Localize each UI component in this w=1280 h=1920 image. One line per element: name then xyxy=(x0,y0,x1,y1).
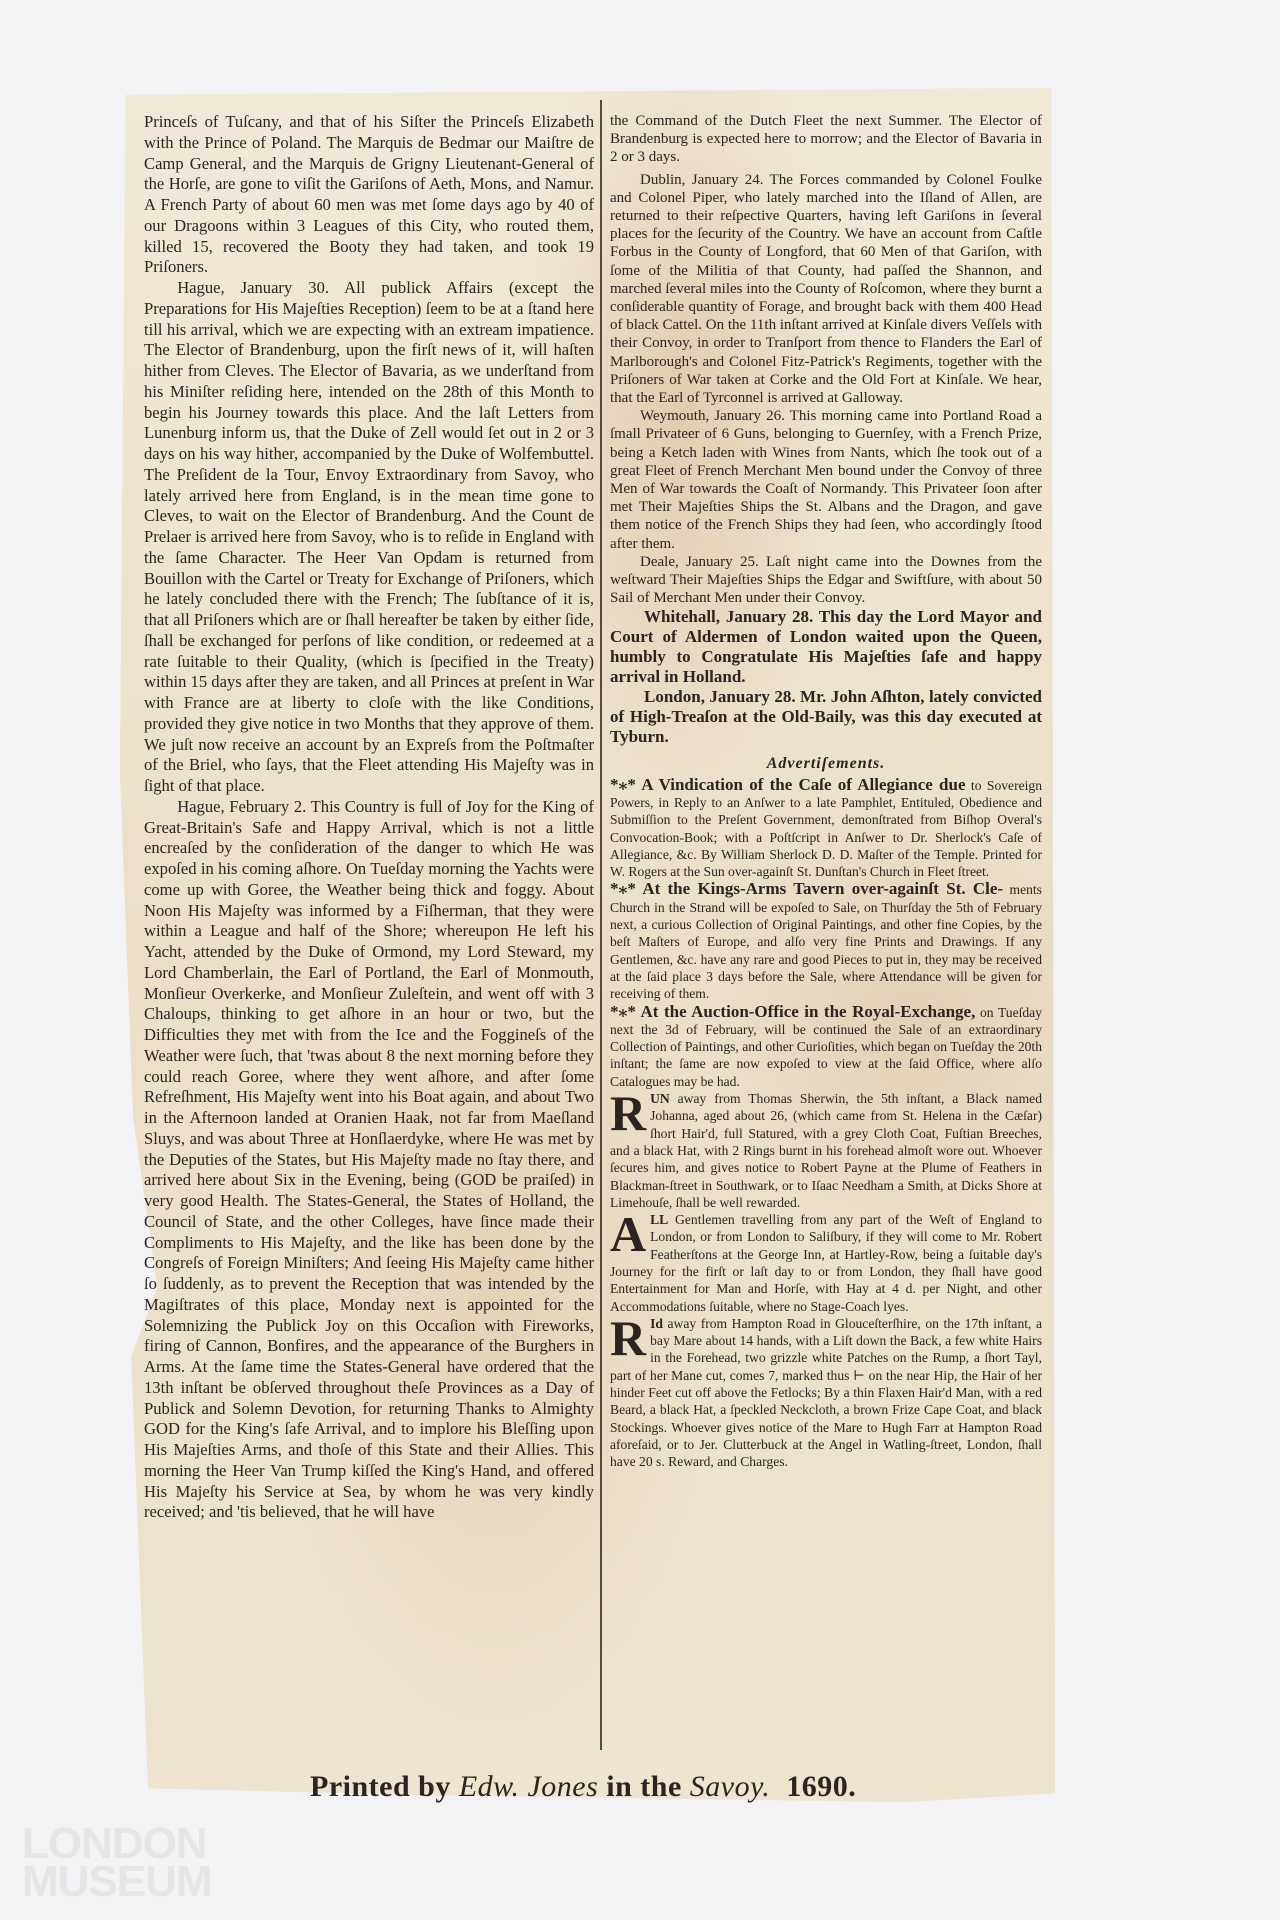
ad-body: Gentlemen travelling from any part of th… xyxy=(610,1212,1042,1313)
imprint-place: Savoy. xyxy=(690,1770,770,1803)
advertisement-auction-office: *⁎* At the Auction-Office in the Royal-E… xyxy=(610,1003,1042,1090)
imprint-text: in the xyxy=(598,1770,690,1803)
news-paragraph: Princeſs of Tuſcany, and that of his Siſ… xyxy=(144,112,594,278)
ad-body: ments Church in the Strand will be expoſ… xyxy=(610,882,1042,1001)
ad-title: At the Auction-Office in the Royal-Excha… xyxy=(641,1002,976,1021)
advertisement-gentlemen-travelling: A LL Gentlemen travelling from any part … xyxy=(610,1211,1042,1315)
news-paragraph-hague-feb2: Hague, February 2. This Country is full … xyxy=(144,797,594,1523)
drop-cap: A xyxy=(610,1214,650,1254)
news-paragraph: the Command of the Dutch Fleet the next … xyxy=(610,112,1042,167)
watermark-line: MUSEUM xyxy=(22,1863,212,1901)
ad-title: A Vindication of the Caſe of Allegiance … xyxy=(641,775,965,794)
column-divider xyxy=(600,100,602,1750)
news-paragraph-whitehall: Whitehall, January 28. This day the Lord… xyxy=(610,607,1042,687)
news-paragraph-deale: Deale, January 25. Laſt night came into … xyxy=(610,553,1042,608)
ad-body: away from Thomas Sherwin, the 5th inſtan… xyxy=(610,1091,1042,1210)
drop-cap: R xyxy=(610,1093,650,1133)
printer-imprint: Printed by Edw. Jones in the Savoy. 1690… xyxy=(310,1770,856,1804)
imprint-text: Printed by xyxy=(310,1770,459,1803)
ad-marker: *⁎* xyxy=(610,1002,636,1021)
advertisement-rid-away: R Id away from Hampton Road in Glouceſte… xyxy=(610,1315,1042,1471)
advertisement-kings-arms: *⁎* At the Kings-Arms Tavern over-againſ… xyxy=(610,880,1042,1002)
imprint-printer: Edw. Jones xyxy=(459,1770,598,1803)
advertisement-vindication: *⁎* A Vindication of the Caſe of Allegia… xyxy=(610,776,1042,881)
museum-watermark-logo: LONDON MUSEUM xyxy=(22,1825,212,1901)
ad-marker: *⁎* xyxy=(610,879,636,898)
news-paragraph-london: London, January 28. Mr. John Aſhton, lat… xyxy=(610,687,1042,747)
ad-title: Id xyxy=(650,1316,663,1331)
ad-title: UN xyxy=(650,1091,670,1106)
ad-title: LL xyxy=(650,1212,668,1227)
news-paragraph-weymouth: Weymouth, January 26. This morning came … xyxy=(610,407,1042,553)
news-paragraph-hague-jan30: Hague, January 30. All publick Affairs (… xyxy=(144,278,594,797)
advertisement-run-away: R UN away from Thomas Sherwin, the 5th i… xyxy=(610,1090,1042,1211)
drop-cap: R xyxy=(610,1318,650,1358)
advertisements-heading: Advertiſements. xyxy=(610,755,1042,773)
ad-title: At the Kings-Arms Tavern over-againſt St… xyxy=(642,879,1003,898)
ad-body: away from Hampton Road in Glouceſterſhir… xyxy=(610,1316,1042,1469)
imprint-year: 1690. xyxy=(786,1770,856,1803)
news-paragraph-dublin: Dublin, January 24. The Forces commanded… xyxy=(610,171,1042,408)
ad-marker: *⁎* xyxy=(610,775,636,794)
left-column: Princeſs of Tuſcany, and that of his Siſ… xyxy=(144,112,594,1523)
right-column: the Command of the Dutch Fleet the next … xyxy=(610,112,1042,1471)
